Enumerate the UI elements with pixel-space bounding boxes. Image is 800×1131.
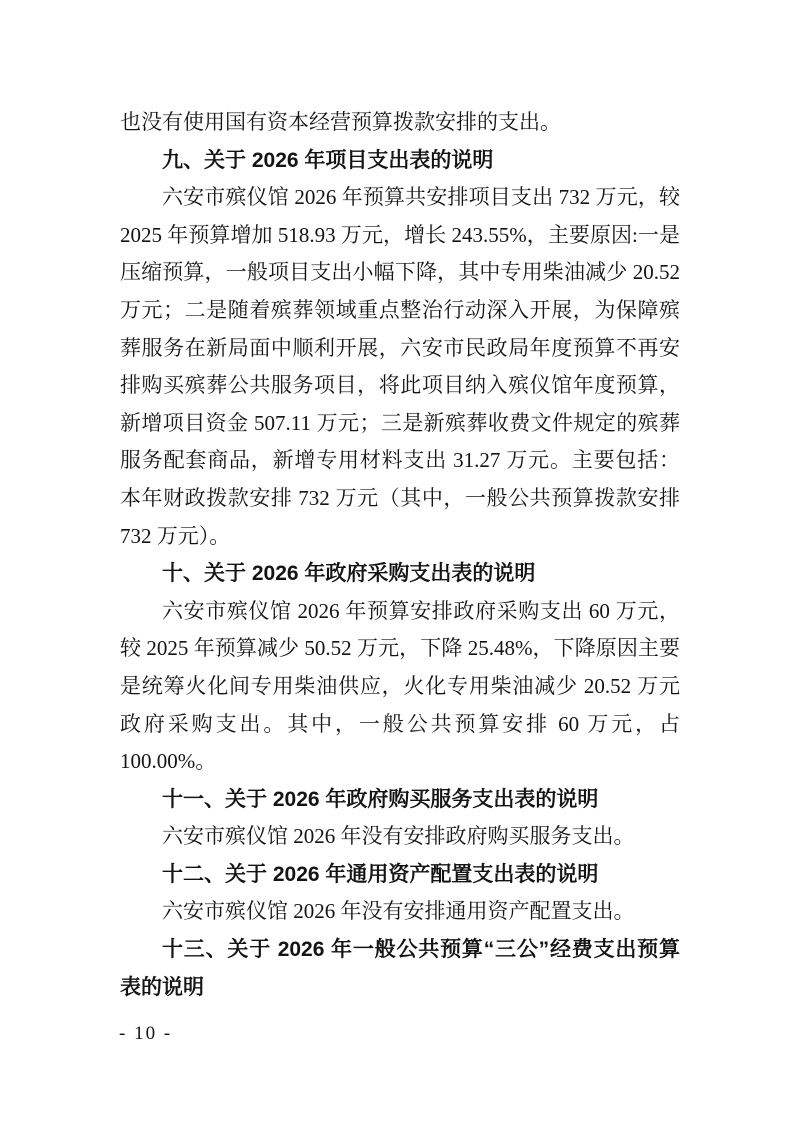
paragraph: 六安市殡仪馆 2026 年预算安排政府采购支出 60 万元，较 2025 年预算… [120, 593, 680, 781]
page-number: - 10 - [119, 1023, 172, 1045]
document-page: 也没有使用国有资本经营预算拨款安排的支出。九、关于 2026 年项目支出表的说明… [0, 0, 800, 1131]
document-body: 也没有使用国有资本经营预算拨款安排的支出。九、关于 2026 年项目支出表的说明… [120, 104, 680, 1006]
paragraph: 六安市殡仪馆 2026 年预算共安排项目支出 732 万元，较 2025 年预算… [120, 179, 680, 555]
paragraph: 六安市殡仪馆 2026 年没有安排政府购买服务支出。 [120, 818, 680, 856]
section-heading: 十二、关于 2026 年通用资产配置支出表的说明 [120, 856, 680, 894]
section-heading: 十三、关于 2026 年一般公共预算“三公”经费支出预算表的说明 [120, 931, 680, 1006]
section-heading: 十、关于 2026 年政府采购支出表的说明 [120, 555, 680, 593]
section-heading: 九、关于 2026 年项目支出表的说明 [120, 142, 680, 180]
section-heading: 十一、关于 2026 年政府购买服务支出表的说明 [120, 781, 680, 819]
paragraph: 六安市殡仪馆 2026 年没有安排通用资产配置支出。 [120, 893, 680, 931]
paragraph: 也没有使用国有资本经营预算拨款安排的支出。 [120, 104, 680, 142]
